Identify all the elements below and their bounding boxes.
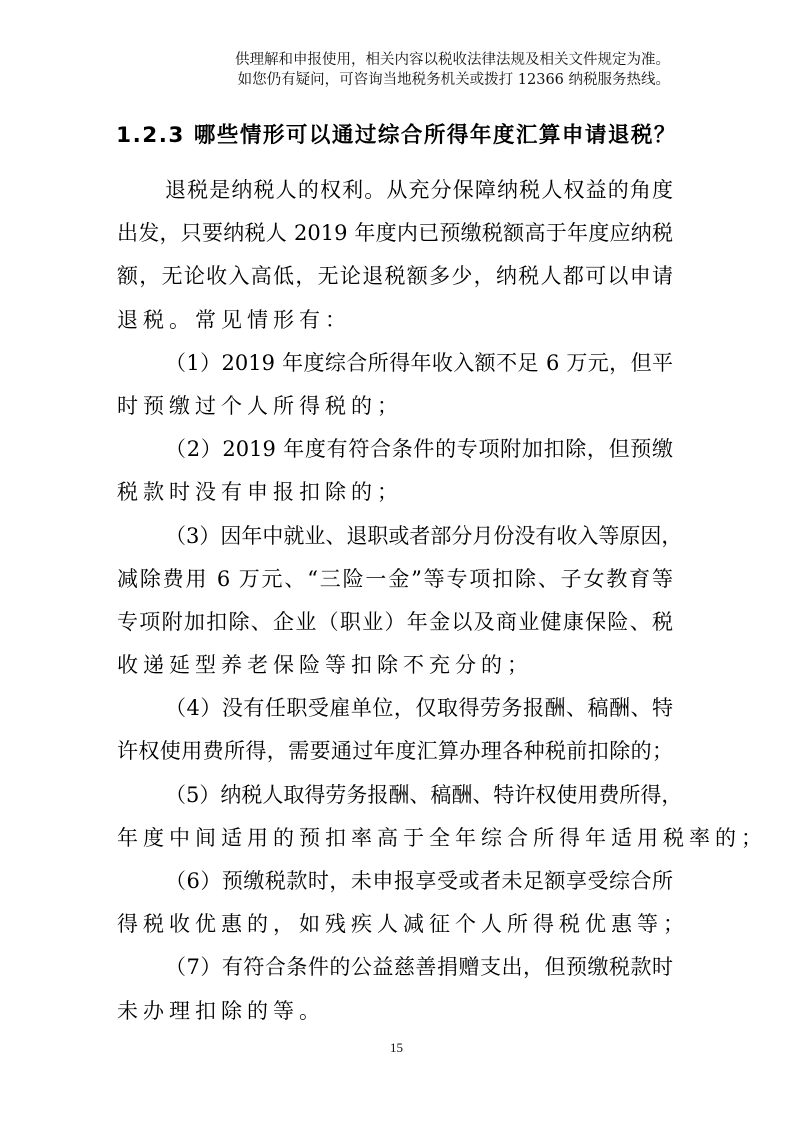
body-line: 退税。常见情形有： — [117, 299, 673, 342]
body-line: （1）2019 年度综合所得年收入额不足 6 万元，但平 — [117, 342, 673, 385]
body-line: 许权使用费所得，需要通过年度汇算办理各种税前扣除的； — [117, 730, 673, 773]
body-line: 减除费用 6 万元、“三险一金”等专项扣除、子女教育等 — [117, 558, 673, 601]
body-line: （2）2019 年度有符合条件的专项附加扣除，但预缴 — [117, 428, 673, 471]
body-line: 税款时没有申报扣除的； — [117, 471, 673, 514]
body-line: （6）预缴税款时，未申报享受或者未足额享受综合所 — [117, 860, 673, 903]
body-line: 未办理扣除的等。 — [117, 990, 673, 1033]
body-line: （3）因年中就业、退职或者部分月份没有收入等原因， — [117, 515, 673, 558]
page-number: 15 — [0, 1040, 793, 1056]
header-disclaimer: 供理解和申报使用，相关内容以税收法律法规及相关文件规定为准。 如您仍有疑问，可咨… — [235, 50, 670, 90]
body-line: 收递延型养老保险等扣除不充分的； — [117, 644, 673, 687]
body-line: （4）没有任职受雇单位，仅取得劳务报酬、稿酬、特 — [117, 687, 673, 730]
body-line: 年度中间适用的预扣率高于全年综合所得年适用税率的； — [117, 817, 673, 860]
body-line: 专项附加扣除、企业（职业）年金以及商业健康保险、税 — [117, 601, 673, 644]
body-line: （7）有符合条件的公益慈善捐赠支出，但预缴税款时 — [117, 946, 673, 989]
body-line: 得税收优惠的，如残疾人减征个人所得税优惠等； — [117, 903, 673, 946]
body-line: 额，无论收入高低，无论退税额多少，纳税人都可以申请 — [117, 255, 673, 298]
header-disclaimer-line-2: 如您仍有疑问，可咨询当地税务机关或拨打 12366 纳税服务热线。 — [235, 70, 670, 90]
body-line: （5）纳税人取得劳务报酬、稿酬、特许权使用费所得， — [117, 774, 673, 817]
body-line: 时预缴过个人所得税的； — [117, 385, 673, 428]
body-line: 退税是纳税人的权利。从充分保障纳税人权益的角度 — [117, 169, 673, 212]
header-disclaimer-line-1: 供理解和申报使用，相关内容以税收法律法规及相关文件规定为准。 — [235, 50, 670, 70]
body-line: 出发，只要纳税人 2019 年度内已预缴税额高于年度应纳税 — [117, 212, 673, 255]
body-text: 退税是纳税人的权利。从充分保障纳税人权益的角度出发，只要纳税人 2019 年度内… — [117, 169, 673, 1033]
section-title: 1.2.3 哪些情形可以通过综合所得年度汇算申请退税？ — [0, 118, 793, 149]
